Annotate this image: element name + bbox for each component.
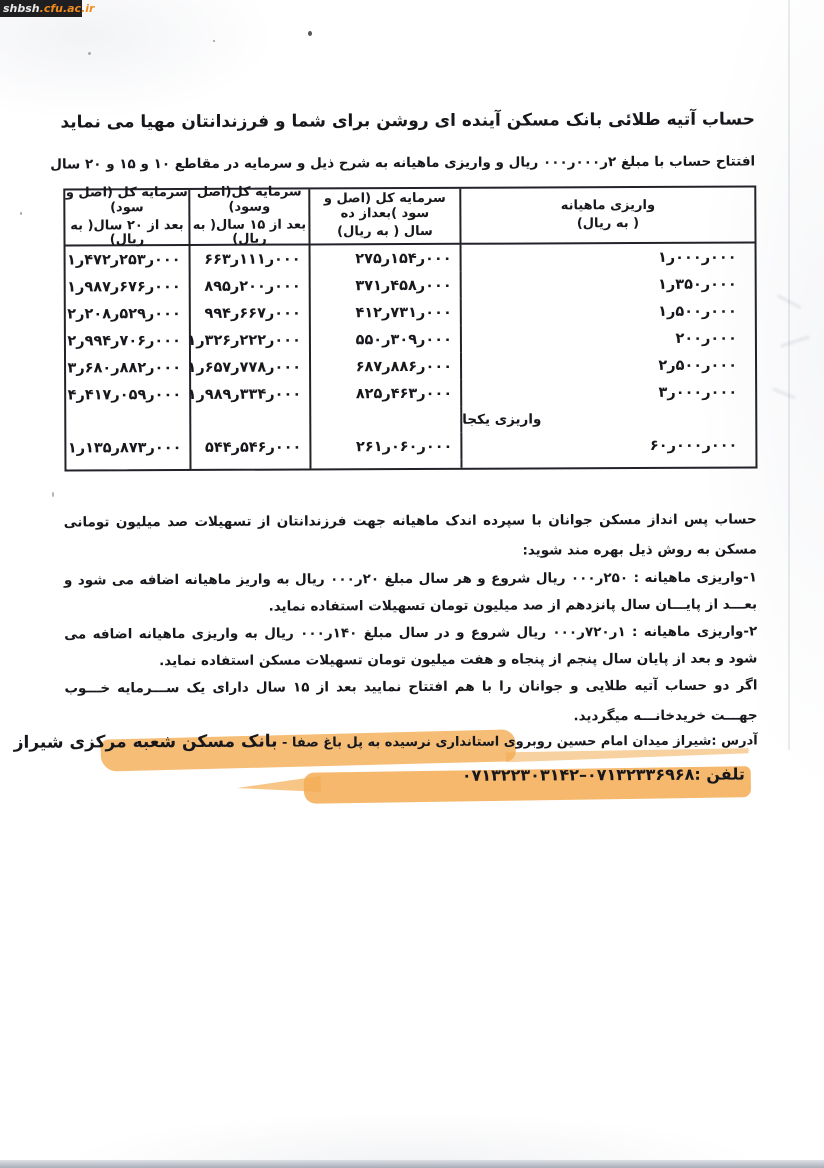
plan1-paragraph: ۱-واریزی ماهیانه : ۲۵۰ر۰۰۰ ریال شروع و ه… (64, 564, 757, 621)
address-line: آدرس :شیراز میدان امام حسین روبروی استان… (14, 729, 758, 752)
cell-10yr-lump: ۲۶۱ر۰۶۰ر۰۰۰ (309, 433, 460, 461)
cell-10yr-r2: ۳۷۱ر۴۵۸ر۰۰۰ (309, 272, 460, 300)
cell-20yr-r6: ۴ر۴۱۷ر۰۵۹ر۰۰۰ (66, 381, 189, 409)
cell-15yr-r1: ۶۶۳ر۱۱۱ر۰۰۰ (189, 245, 309, 273)
cell-15yr-lump: ۵۴۴ر۵۴۶ر۰۰۰ (189, 433, 309, 461)
scanned-document-page: حساب آتیه طلائی بانک مسکن آینده ای روشن … (0, 0, 824, 1168)
col-header-capital-10yr: سرمایه کل (اصل و سود )بعداز ده سال ( به … (308, 189, 459, 246)
cell-10yr-r1: ۲۷۵ر۱۵۴ر۰۰۰ (309, 245, 460, 273)
col-header-monthly-deposit: واریزی ماهیانه ( به ریال) (459, 188, 754, 245)
address-text: آدرس :شیراز میدان امام حسین روبروی استان… (277, 733, 757, 750)
plan2-paragraph: ۲-واریزی ماهیانه : ۱ر۷۲۰ر۰۰۰ ریال شروع و… (64, 618, 757, 675)
empty-cell (66, 408, 189, 435)
cell-15yr-r5: ۱ر۶۵۷ر۷۷۸ر۰۰۰ (189, 353, 309, 381)
cell-20yr-lump: ۱ر۱۳۵ر۸۷۳ر۰۰۰ (66, 434, 189, 462)
closing-paragraph: اگر دو حساب آتیه طلایی و جوانان را با هم… (64, 670, 757, 733)
cell-monthly-lump: ۶۰ر۰۰۰ر۰۰۰ (460, 432, 755, 460)
cell-monthly-r3: ۱ر۵۰۰ر۰۰۰ (460, 298, 755, 326)
cell-15yr-r3: ۹۹۴ر۶۶۷ر۰۰۰ (189, 299, 309, 327)
lump-sum-label: واریزی یکجا (460, 406, 755, 433)
empty-cell (189, 460, 309, 469)
cell-10yr-r3: ۴۱۲ر۷۳۱ر۰۰۰ (309, 299, 460, 327)
cell-10yr-r5: ۶۸۷ر۸۸۶ر۰۰۰ (309, 353, 460, 381)
cell-10yr-r6: ۸۲۵ر۴۶۳ر۰۰۰ (309, 380, 460, 408)
cell-20yr-r4: ۲ر۹۹۴ر۷۰۶ر۰۰۰ (66, 327, 189, 355)
empty-cell (309, 460, 460, 469)
deposit-table: واریزی ماهیانه ( به ریال) سرمایه کل (اصل… (63, 185, 757, 471)
cell-monthly-r6: ۳ر۰۰۰ر۰۰۰ (460, 379, 755, 407)
cell-monthly-r4: ۲۰۰ر۰۰۰ (460, 325, 755, 353)
col-header-capital-20yr: سرمایه کل (اصل و سود) بعد از ۲۰ سال( به … (65, 190, 188, 247)
cell-monthly-r5: ۲ر۵۰۰ر۰۰۰ (460, 352, 755, 380)
cell-10yr-r4: ۵۵۰ر۳۰۹ر۰۰۰ (309, 326, 460, 354)
page-title: حساب آتیه طلائی بانک مسکن آینده ای روشن … (60, 110, 755, 133)
empty-cell (309, 407, 460, 434)
phone-line: تلفن :۰۷۱۳۲۳۳۶۹۶۸–۰۷۱۳۲۲۳۰۳۱۴۲ (462, 765, 745, 785)
cell-20yr-r5: ۳ر۶۸۰ر۸۸۲ر۰۰۰ (66, 354, 189, 382)
col-header-capital-15yr: سرمایه کل(اصل وسود) بعد از ۱۵ سال( به ری… (188, 189, 308, 246)
page-subtitle: افتتاح حساب با مبلغ ۲ر۰۰۰ر۰۰۰ ریال و وار… (50, 154, 755, 173)
cell-20yr-r2: ۱ر۹۸۷ر۶۷۶ر۰۰۰ (66, 273, 189, 301)
cell-20yr-r3: ۲ر۲۰۸ر۵۲۹ر۰۰۰ (66, 300, 189, 328)
cell-20yr-r1: ۱ر۴۷۲ر۲۵۳ر۰۰۰ (66, 246, 189, 274)
cell-monthly-r2: ۱ر۳۵۰ر۰۰۰ (460, 271, 755, 299)
cell-15yr-r6: ۱ر۹۸۹ر۳۳۴ر۰۰۰ (189, 380, 309, 408)
cell-monthly-r1: ۱ر۰۰۰ر۰۰۰ (460, 244, 755, 272)
empty-cell (66, 461, 189, 470)
intro-paragraph: حساب پس انداز مسکن جوانان با سپرده اندک … (64, 504, 757, 567)
cell-15yr-r4: ۱ر۳۲۶ر۲۲۲ر۰۰۰ (189, 326, 309, 354)
bank-branch-name: بانک مسکن شعبه مرکزی شیراز (14, 732, 278, 753)
cell-15yr-r2: ۸۹۵ر۲۰۰ر۰۰۰ (189, 272, 309, 300)
empty-cell (460, 459, 755, 468)
empty-cell (189, 407, 309, 434)
